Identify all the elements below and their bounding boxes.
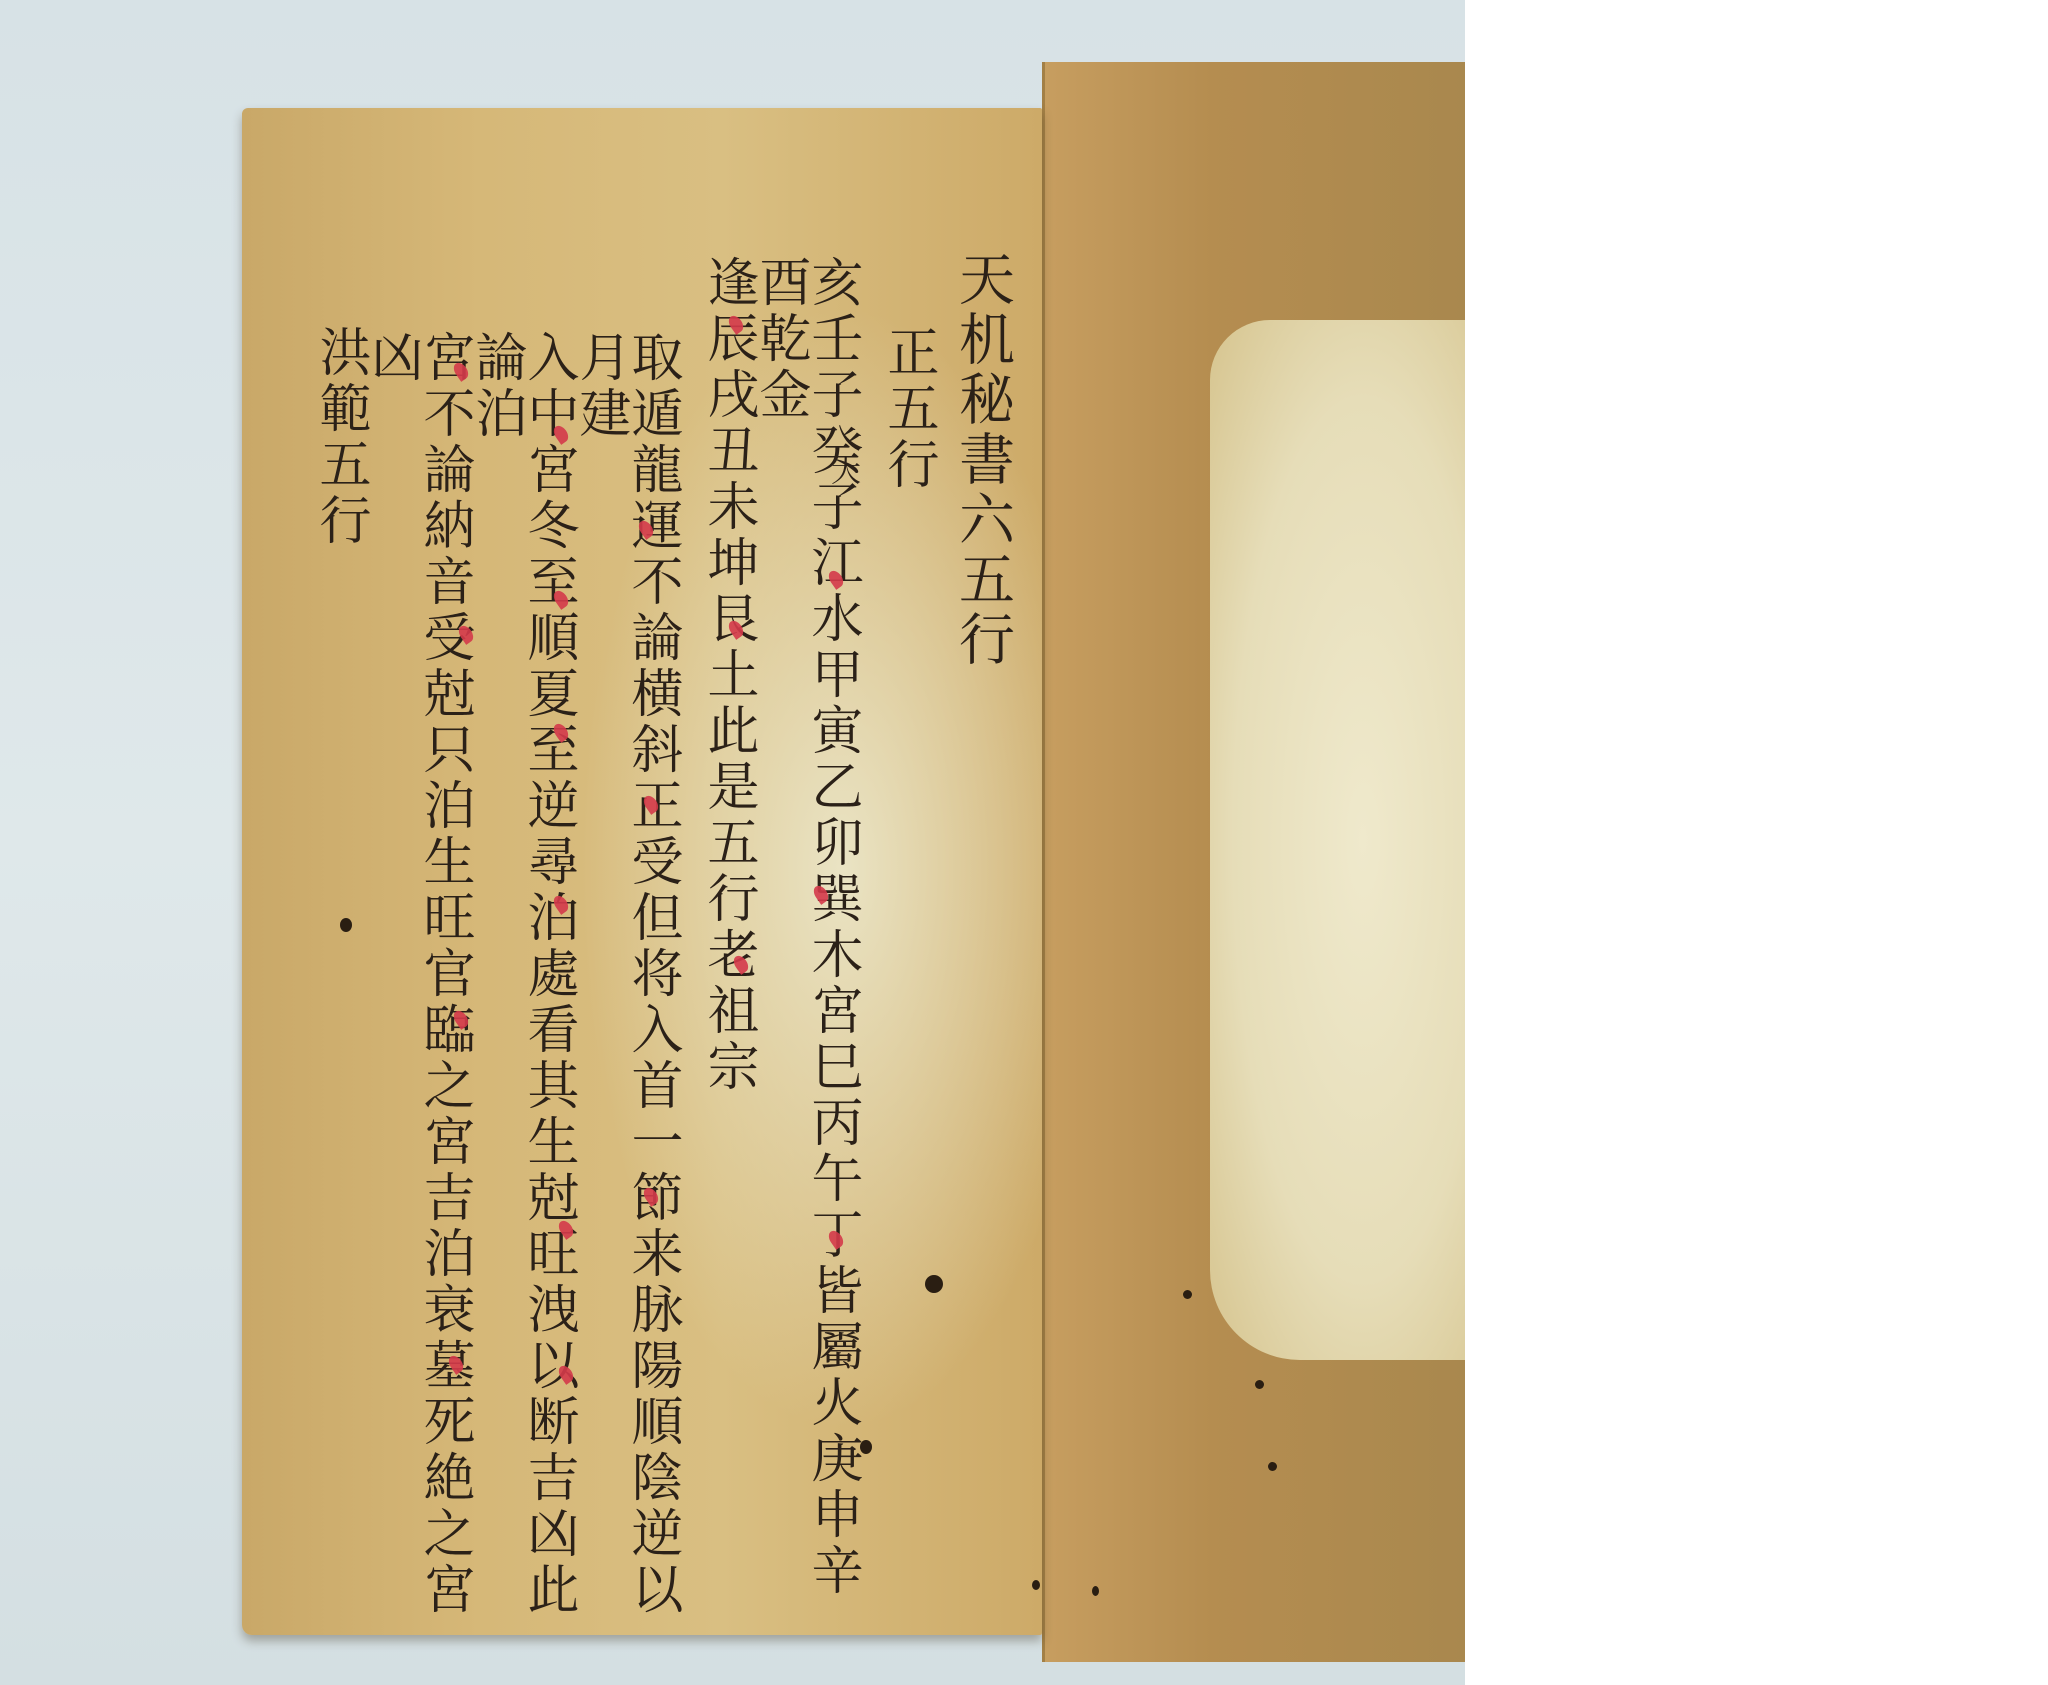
wormhole bbox=[860, 1440, 872, 1454]
body-column-1: 亥壬子癸子江水甲寅乙卯巽木宮巳丙午丁皆屬火庚申辛酉乾金 bbox=[754, 230, 858, 1630]
wormhole bbox=[340, 918, 352, 932]
heading-zheng-wuxing: 正五行 bbox=[858, 230, 934, 1630]
body-column-5: 宮不論納音受尅只泊生旺官臨之宮吉泊衰墓死絶之宮凶 bbox=[366, 230, 470, 1630]
wormhole bbox=[925, 1275, 943, 1293]
page-fold bbox=[1042, 62, 1045, 1662]
wormhole bbox=[1255, 1380, 1264, 1389]
heading-hongfan-wuxing: 洪範五行 bbox=[290, 230, 366, 1630]
body-column-3: 取遁龍運不論横斜正受但将入首一節来脉陽順陰逆以月建 bbox=[574, 230, 678, 1630]
body-column-2: 逢辰戌丑未坤艮土此是五行老祖宗 bbox=[678, 230, 754, 1630]
blank-margin bbox=[1465, 0, 2048, 1685]
wormhole bbox=[1268, 1462, 1277, 1471]
title-column: 天机秘書六五行 bbox=[934, 230, 1010, 1630]
wormhole bbox=[1032, 1580, 1040, 1590]
wormhole bbox=[1092, 1586, 1099, 1596]
faded-stain-area bbox=[1210, 320, 1465, 1360]
wormhole bbox=[1183, 1290, 1192, 1299]
text-columns: 天机秘書六五行 正五行 亥壬子癸子江水甲寅乙卯巽木宮巳丙午丁皆屬火庚申辛酉乾金 … bbox=[290, 230, 1010, 1630]
manuscript-photo: 天机秘書六五行 正五行 亥壬子癸子江水甲寅乙卯巽木宮巳丙午丁皆屬火庚申辛酉乾金 … bbox=[0, 0, 1465, 1685]
marginal-annotation: 大 bbox=[820, 455, 864, 485]
